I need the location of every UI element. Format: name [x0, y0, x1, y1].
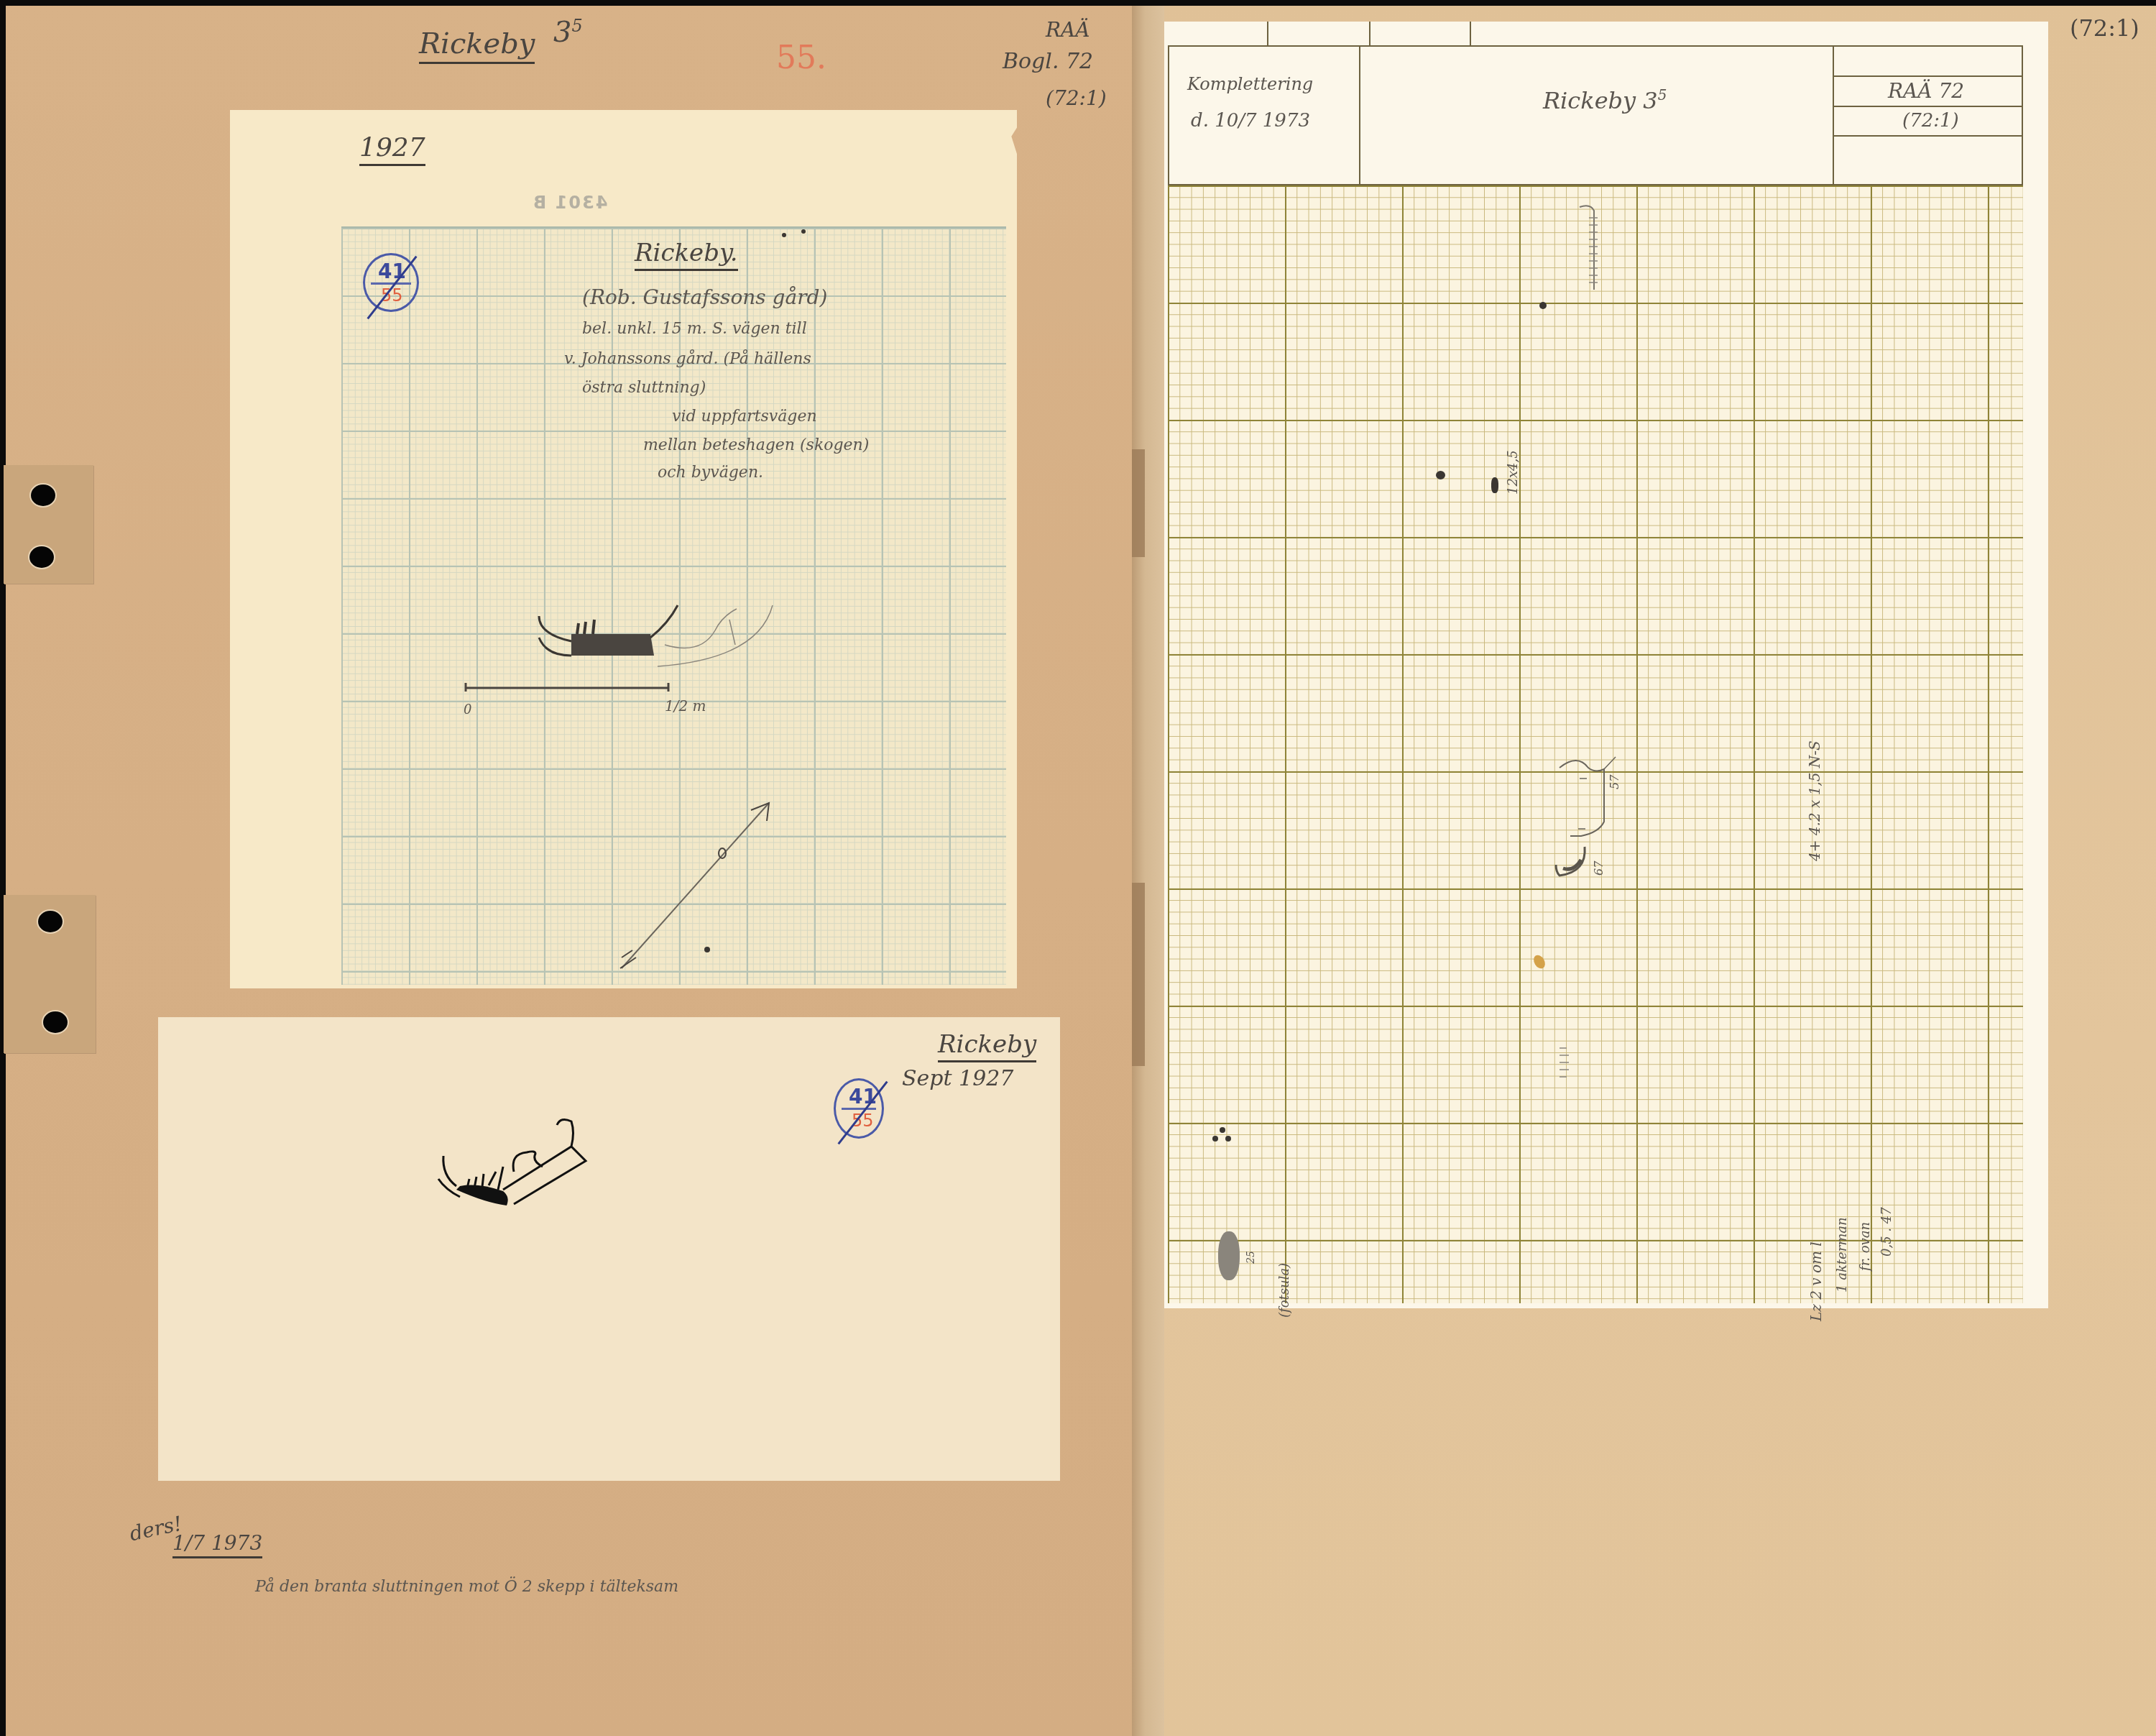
site-number-label: 35	[553, 16, 583, 49]
ink-ship-carving	[435, 1111, 614, 1218]
scan-edge-left	[0, 0, 6, 1736]
cup-mark	[1436, 471, 1445, 479]
bottom-sheet-date: Sept 1927	[902, 1066, 1013, 1091]
raa-label: RAÄ	[1046, 18, 1090, 42]
site-name-label: Rickeby	[419, 27, 535, 64]
punch-hole	[38, 911, 63, 932]
punch-hole	[31, 484, 55, 506]
annotation-note-2: 1 akterman	[1835, 1217, 1850, 1292]
annotation-footsole-label: (fotsula)	[1277, 1263, 1292, 1318]
binder-tab-lower	[4, 895, 96, 1053]
ochre-stain	[1531, 953, 1547, 970]
scan-edge-top	[0, 0, 2156, 6]
annotation-area-size: 4+ 4.2 x 1,5 N-S	[1806, 740, 1823, 861]
faint-outline-drawing	[658, 602, 801, 674]
pencil-dot	[801, 229, 806, 234]
punch-hole	[29, 546, 54, 568]
tally-marks-small	[1556, 1044, 1577, 1080]
annotation-footsole-size: 25	[1245, 1251, 1257, 1264]
raa-parish-label: Bogl. 72	[1003, 49, 1093, 74]
bottom-tracing-sheet: Rickeby Sept 1927 41 55	[158, 1017, 1060, 1481]
scale-start-label: 0	[464, 702, 471, 717]
pencil-dot	[704, 947, 710, 952]
grid-paper-blue: 41 55 Rickeby. (Rob. Gustafssons gård) b…	[341, 226, 1006, 985]
bottom-sheet-title: Rickeby	[938, 1030, 1036, 1062]
note-line-1: (Rob. Gustafssons gård)	[582, 285, 827, 309]
annotation-note-1: Lz 2 v om l	[1807, 1241, 1825, 1321]
annotation-ship-length: 57	[1608, 775, 1621, 789]
punch-hole	[43, 1011, 68, 1033]
top-survey-sheet: 1927 4301 B 41 55 Rickeby. (Rob. Gustafs…	[230, 110, 1017, 988]
title-block-date: d. 10/7 1973	[1191, 110, 1310, 132]
pencil-dot	[782, 233, 786, 237]
scale-bar	[460, 677, 683, 706]
grid-paper-olive: 12x4,5 57 67 4+ 4.2 x 1,5 N-S 25 (fotsul…	[1168, 185, 2023, 1303]
foot-carving-mark	[1491, 477, 1498, 493]
note-line-6: mellan beteshagen (skogen)	[643, 436, 869, 454]
year-label: 1927	[359, 133, 425, 166]
scale-end-label: 1/2 m	[665, 697, 706, 715]
cup-mark	[1212, 1136, 1218, 1142]
north-arrow	[607, 789, 773, 975]
raa-number-label: (72:1)	[1046, 86, 1107, 110]
note-line-7: och byvägen.	[658, 464, 763, 482]
corner-catalogue-label: (72:1)	[2070, 14, 2139, 42]
annotation-dimension: 12x4,5	[1506, 450, 1521, 495]
millimeter-graph-sheet: Komplettering d. 10/7 1973 Rickeby 35 RA…	[1164, 22, 2048, 1308]
cup-mark	[1220, 1127, 1225, 1133]
note-line-5: vid uppfartsvägen	[672, 408, 817, 426]
title-block-raa-number: (72:1)	[1902, 110, 1959, 132]
title-block-supplement-label: Komplettering	[1187, 74, 1313, 94]
annotation-ship-length-2: 67	[1592, 861, 1606, 876]
binder-tab-upper	[4, 465, 93, 584]
title-block: Komplettering d. 10/7 1973 Rickeby 35 RA…	[1168, 45, 2023, 185]
catalogue-stamp: 41 55	[363, 253, 419, 312]
board-gutter	[1132, 0, 1164, 1736]
cup-mark	[1539, 302, 1547, 309]
hinge-tape-upper	[1132, 449, 1145, 557]
annotation-note-4: 0,5 . 47	[1879, 1207, 1894, 1257]
annotation-note-3: fr. ovan	[1858, 1222, 1873, 1271]
title-block-site: Rickeby 35	[1543, 86, 1667, 114]
catalogue-stamp: 41 55	[834, 1078, 884, 1139]
note-line-2: bel. unkl. 15 m. S. vägen till	[582, 320, 807, 338]
tally-mark-figure	[1576, 203, 1612, 293]
footer-note-text: På den branta sluttningen mot Ö 2 skepp …	[255, 1578, 678, 1596]
hinge-tape-lower	[1132, 883, 1145, 1066]
sheet-title: Rickeby.	[635, 239, 738, 271]
title-block-raa: RAÄ 72	[1888, 79, 1964, 103]
footer-note-date: 1/7 1973	[172, 1531, 262, 1558]
foot-sole-carving	[1218, 1231, 1240, 1280]
cup-mark	[1225, 1136, 1231, 1142]
note-line-4: östra sluttning)	[582, 379, 706, 397]
red-catalogue-number: 55.	[776, 40, 826, 76]
mirrored-print: 4301 B	[532, 193, 607, 213]
note-line-3: v. Johanssons gård. (På hällens	[564, 350, 811, 368]
